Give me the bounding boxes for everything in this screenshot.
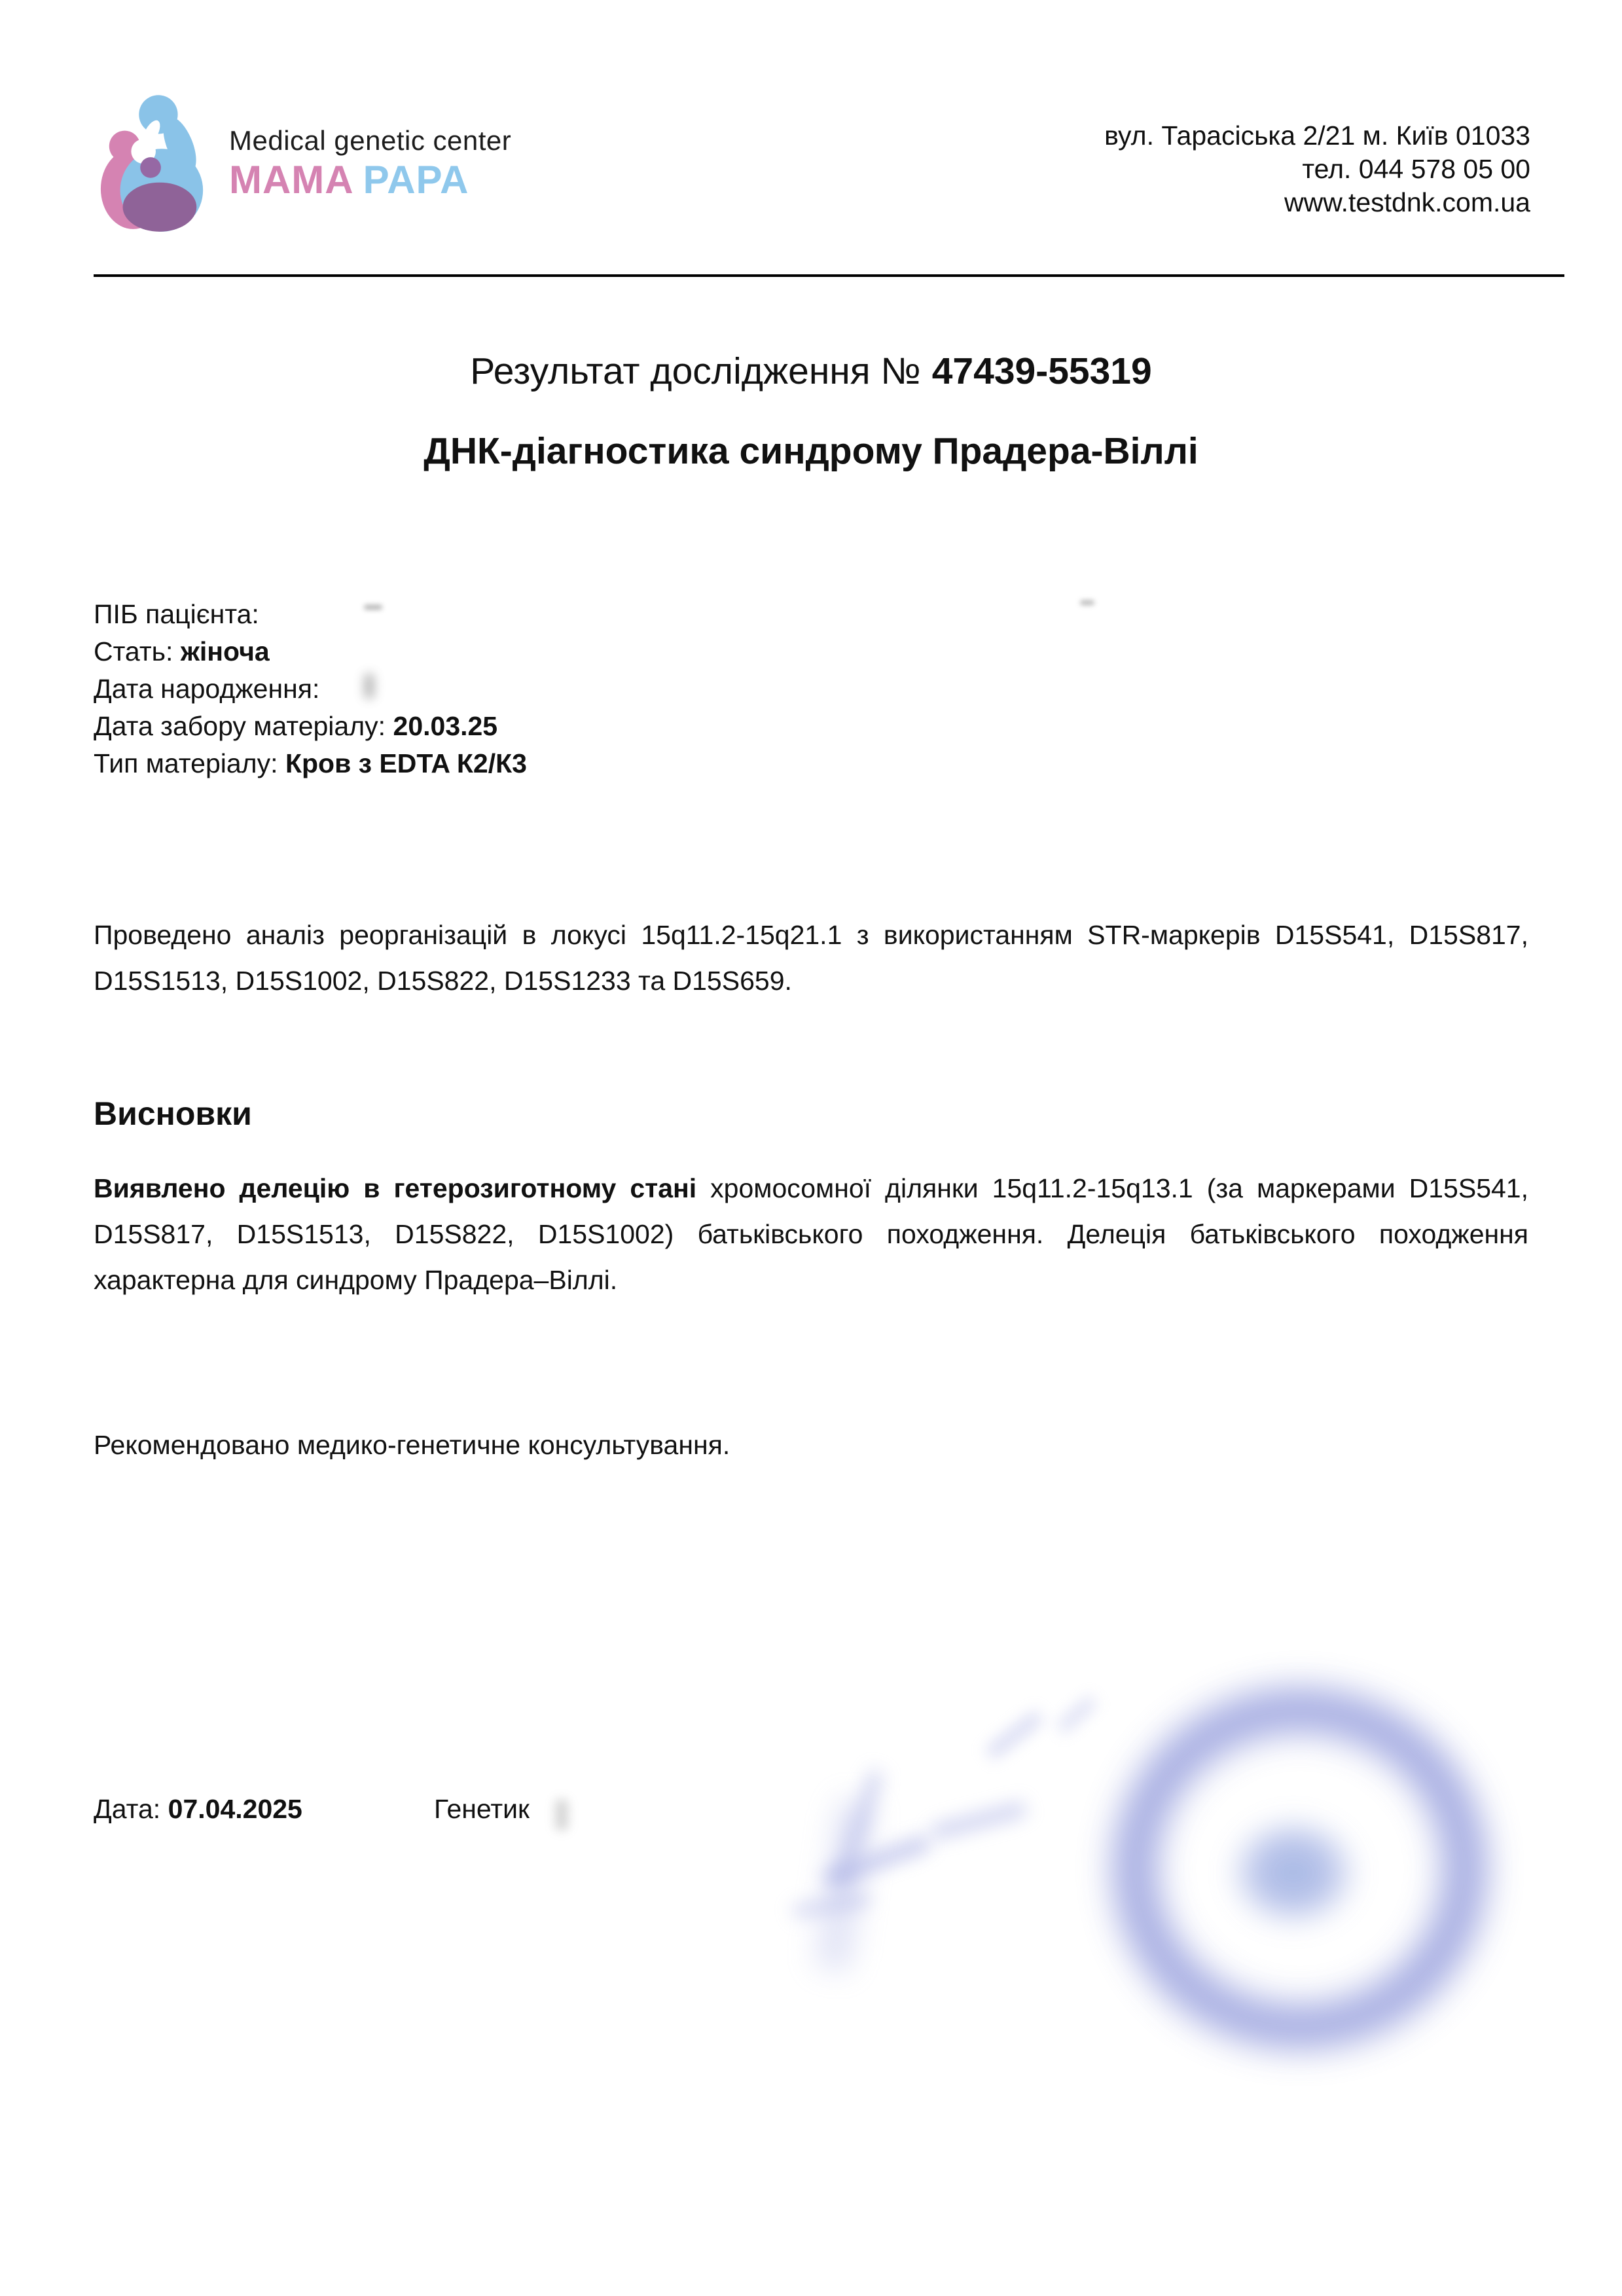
redacted-name-mark-2 <box>1080 600 1094 605</box>
header-divider-line <box>94 274 1564 277</box>
test-subtitle: ДНК-діагностика синдрому Прадера-Віллі <box>94 429 1528 473</box>
contact-address: вул. Тарасіська 2/21 м. Київ 01033 <box>1104 119 1530 153</box>
redacted-name-mark <box>364 605 382 610</box>
mama-papa-logo-icon <box>96 92 212 237</box>
signature-stroke <box>1056 1695 1098 1734</box>
sample-date-label: Дата забору матеріалу: <box>94 711 386 741</box>
result-title: Результат дослідження №47439-55319 <box>94 350 1528 393</box>
signature-stroke <box>814 1798 874 1972</box>
recommendation-line: Рекомендовано медико-генетичне консульту… <box>94 1430 730 1461</box>
redacted-geneticist-name-mark <box>555 1799 568 1831</box>
date-label: Дата: <box>94 1794 160 1824</box>
patient-sex-label: Стать: <box>94 636 173 666</box>
conclusions-paragraph: Виявлено делецію в гетерозиготному стані… <box>94 1165 1528 1303</box>
patient-sex-row: Стать:жіноча <box>94 633 527 670</box>
result-number: 47439-55319 <box>932 350 1152 392</box>
logo-brand: MAMAPAPA <box>229 160 511 200</box>
sample-date-value: 20.03.25 <box>393 711 498 741</box>
material-type-label: Тип матеріалу: <box>94 748 278 778</box>
patient-sex-value: жіноча <box>181 636 270 666</box>
document-page: Medical genetic center MAMAPAPA вул. Тар… <box>0 0 1622 2296</box>
brand-papa: PAPA <box>363 158 469 202</box>
conclusions-heading: Висновки <box>94 1095 252 1133</box>
sample-date-row: Дата забору матеріалу:20.03.25 <box>94 708 527 745</box>
signature-stroke <box>984 1709 1044 1760</box>
conclusions-finding-bold: Виявлено делецію в гетерозиготному стані <box>94 1173 696 1203</box>
patient-birthdate-row: Дата народження: <box>94 670 527 708</box>
letterhead-contact-block: вул. Тарасіська 2/21 м. Київ 01033 тел. … <box>1104 119 1530 219</box>
footer-line: Дата:07.04.2025 Генетик <box>94 1794 302 1825</box>
result-title-label: Результат дослідження № <box>470 350 920 392</box>
patient-name-label: ПІБ пацієнта: <box>94 599 259 629</box>
redacted-birthdate-mark <box>364 673 374 699</box>
patient-birthdate-label: Дата народження: <box>94 674 319 704</box>
logo-tagline: Medical genetic center <box>229 127 511 155</box>
signature-stroke <box>929 1801 1028 1840</box>
date-value: 07.04.2025 <box>168 1794 302 1824</box>
logo-text-block: Medical genetic center MAMAPAPA <box>229 127 511 200</box>
material-type-value: Кров з EDTA К2/К3 <box>285 748 527 778</box>
material-type-row: Тип матеріалу:Кров з EDTA К2/К3 <box>94 745 527 782</box>
analysis-paragraph: Проведено аналіз реорганізацій в локусі … <box>94 912 1528 1004</box>
brand-mama: MAMA <box>229 158 354 202</box>
patient-name-row: ПІБ пацієнта: <box>94 596 527 633</box>
contact-website: www.testdnk.com.ua <box>1104 186 1530 219</box>
patient-info-block: ПІБ пацієнта: Стать:жіноча Дата народжен… <box>94 596 527 782</box>
geneticist-label: Генетик <box>434 1794 530 1825</box>
contact-phone: тел. 044 578 05 00 <box>1104 153 1530 186</box>
round-seal-stamp-center <box>1202 1794 1385 1951</box>
